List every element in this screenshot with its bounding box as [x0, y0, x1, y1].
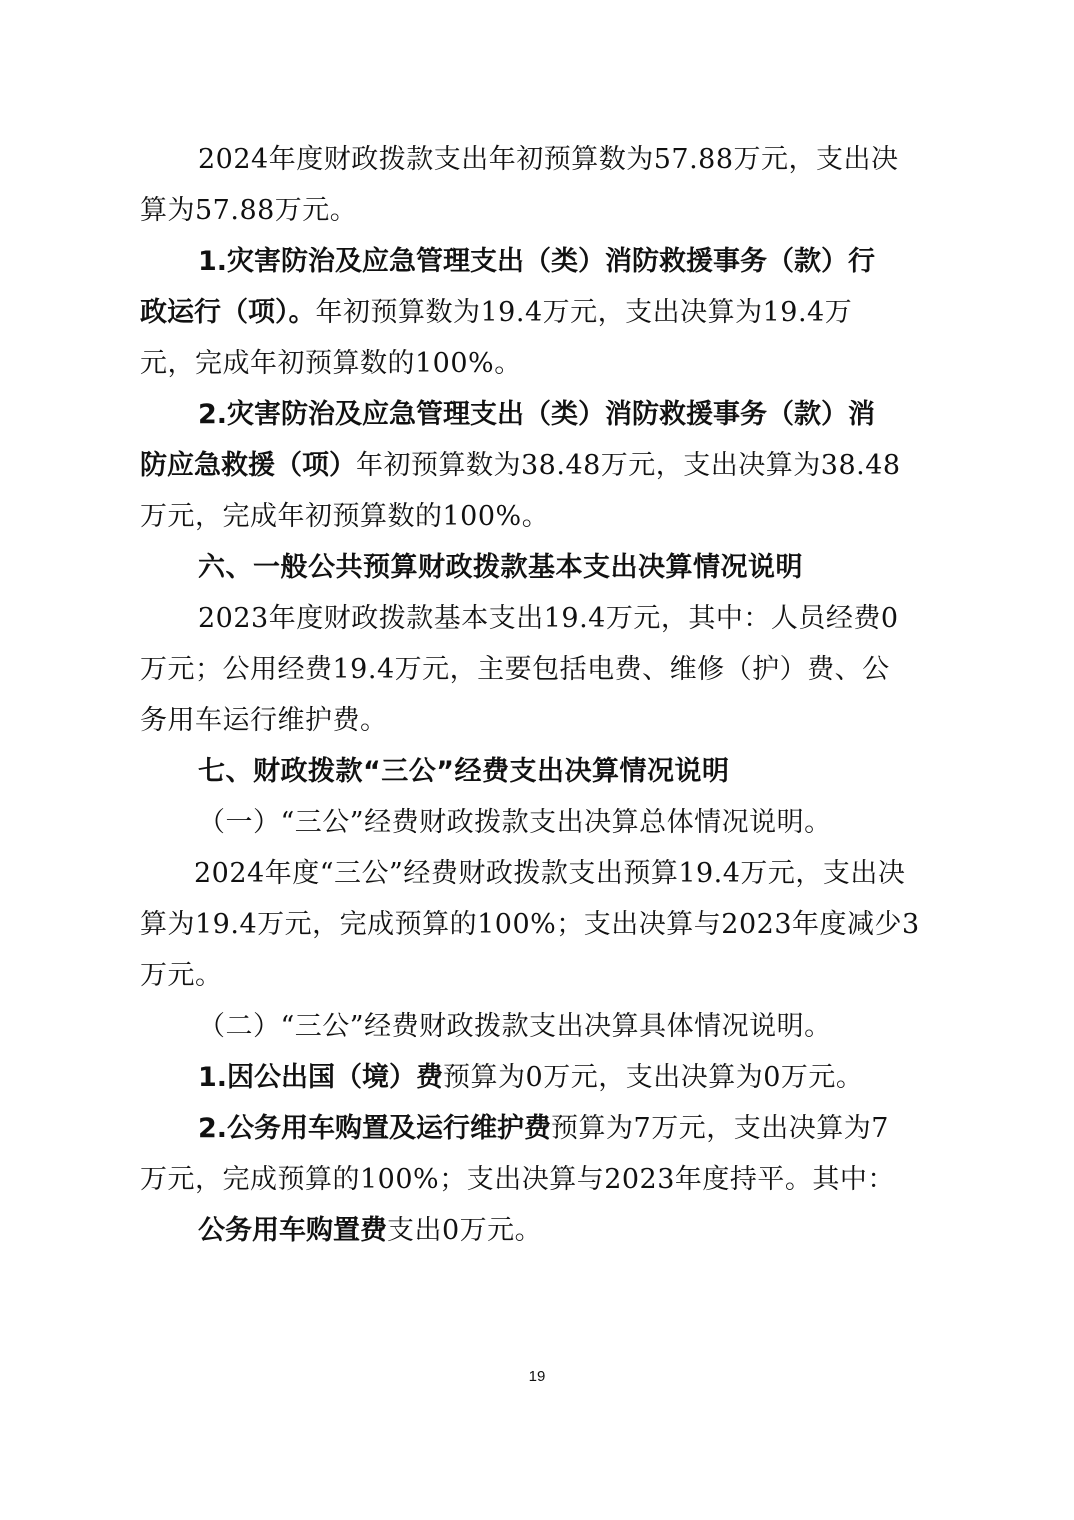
- paragraph-line: 2.公务用车购置及运行维护费预算为7万元，支出决算为7: [198, 1104, 889, 1154]
- page-number: 19: [0, 1368, 1074, 1385]
- paragraph-line: 算为57.88万元。: [140, 186, 357, 236]
- section-heading-6: 六、一般公共预算财政拨款基本支出决算情况说明: [198, 543, 803, 593]
- paragraph-line: 公务用车购置费支出0万元。: [198, 1206, 542, 1256]
- paragraph-line: 万元，完成年初预算数的100%。: [140, 492, 549, 542]
- paragraph-line: 元，完成年初预算数的100%。: [140, 339, 522, 389]
- paragraph-line: 2024年度财政拨款支出年初预算数为57.88万元，支出决: [198, 135, 899, 185]
- subsection-heading-1: （一）“三公”经费财政拨款支出决算总体情况说明。: [198, 798, 832, 848]
- paragraph-line: 2024年度“三公”经费财政拨款支出预算19.4万元，支出决: [194, 849, 905, 899]
- item-1-title-line: 1.灾害防治及应急管理支出（类）消防救援事务（款）行: [198, 237, 875, 287]
- paragraph-line: 2023年度财政拨款基本支出19.4万元，其中：人员经费0: [198, 594, 899, 644]
- paragraph-line: 万元，完成预算的100%；支出决算与2023年度持平。其中：: [140, 1155, 895, 1205]
- paragraph-line: 务用车运行维护费。: [140, 696, 388, 746]
- paragraph-line: 算为19.4万元，完成预算的100%；支出决算与2023年度减少3: [140, 900, 920, 950]
- paragraph-line: 政运行（项）。年初预算数为19.4万元，支出决算为19.4万: [140, 288, 852, 338]
- item-2-title-line: 2.灾害防治及应急管理支出（类）消防救援事务（款）消: [198, 390, 875, 440]
- paragraph-line: 万元。: [140, 951, 223, 1001]
- section-heading-7: 七、财政拨款“三公”经费支出决算情况说明: [198, 747, 730, 797]
- paragraph-line: 1.因公出国（境）费预算为0万元，支出决算为0万元。: [198, 1053, 863, 1103]
- paragraph-line: 万元；公用经费19.4万元，主要包括电费、维修（护）费、公: [140, 645, 890, 695]
- paragraph-line: 防应急救援（项）年初预算数为38.48万元，支出决算为38.48: [140, 441, 901, 491]
- subsection-heading-2: （二）“三公”经费财政拨款支出决算具体情况说明。: [198, 1002, 832, 1052]
